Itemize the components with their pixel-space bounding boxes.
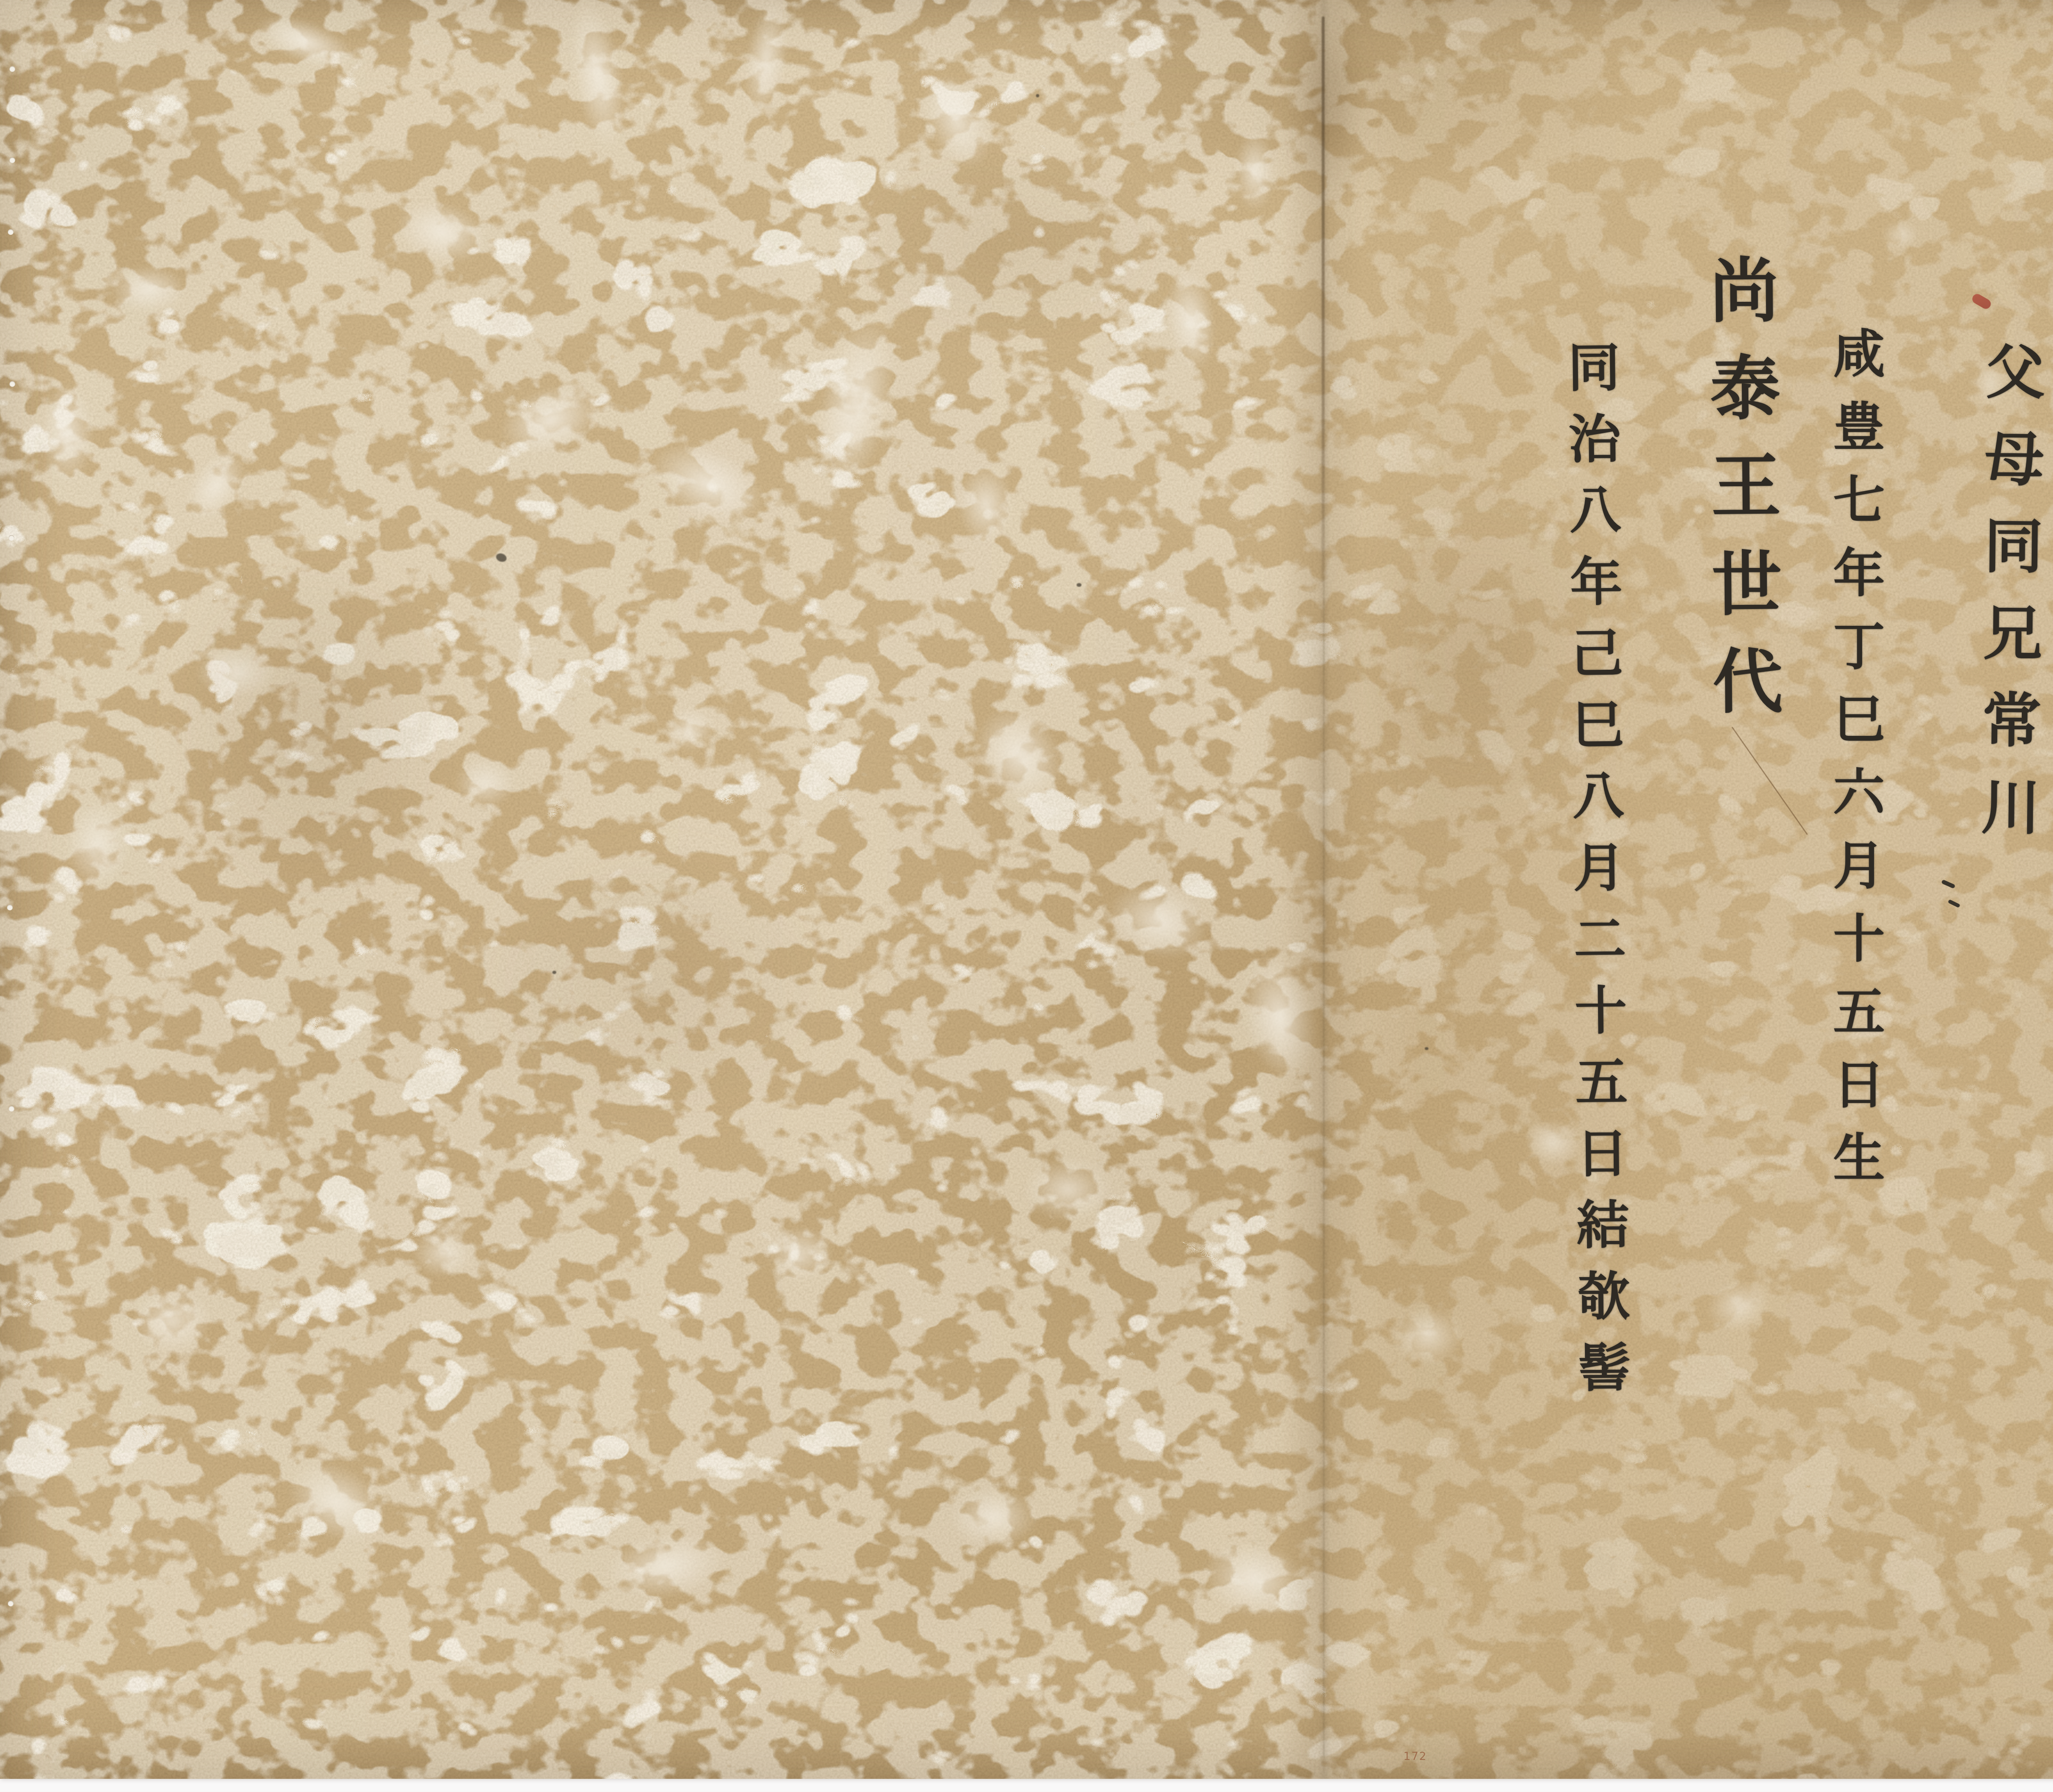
white-stain-blob — [1700, 1271, 1776, 1339]
water-stain-blob — [168, 546, 456, 916]
pinhole — [9, 66, 15, 72]
white-stain-blob — [909, 63, 1005, 179]
ink-speck — [1077, 583, 1082, 587]
ink-speck — [552, 971, 556, 974]
pinhole — [9, 535, 14, 541]
white-stain-blob — [274, 1446, 400, 1559]
white-stain-blob — [1160, 264, 1221, 374]
white-stain-blob — [958, 464, 1013, 545]
paper-fiber — [1732, 727, 1808, 835]
white-stain-blob — [1235, 131, 1275, 212]
ink-bleedthrough-ghost — [2050, 723, 2053, 953]
column-coming-of-age-date: 同治八年己巳八月二十五日結欹髻 — [1552, 340, 1638, 1412]
ink-tick-mark — [1948, 899, 1961, 908]
pinhole — [8, 1601, 14, 1606]
pinhole — [9, 157, 15, 163]
white-stain-blob — [195, 647, 276, 698]
white-stain-blob — [666, 708, 716, 751]
center-fold-crease-lower — [1323, 583, 1325, 1758]
white-stain-blob — [389, 191, 494, 273]
white-stain-blob — [766, 1226, 834, 1281]
white-stain-blob — [1098, 870, 1219, 971]
white-stain-blob — [737, 0, 795, 121]
vermilion-mark — [1970, 292, 1993, 311]
column-king-era: 尚泰王世代 — [1688, 253, 1793, 743]
white-stain-blob — [173, 439, 258, 532]
pinhole — [7, 905, 13, 910]
white-stain-blob — [41, 384, 94, 484]
white-stain-blob — [1881, 221, 1918, 250]
water-stain-blob — [842, 144, 1170, 349]
column-birth-date: 咸豊七年丁巳六月十五日生 — [1818, 326, 1892, 1204]
manuscript-paper: 常良村 保仁也 童名 志之人 父母同兄常川 咸豊七年丁巳六月十五日生 尚泰王世代… — [0, 0, 2053, 1779]
ink-speck — [1425, 1047, 1428, 1050]
ink-speck — [1036, 94, 1039, 97]
white-stain-blob — [491, 372, 611, 468]
white-stain-blob — [560, 0, 635, 155]
white-stain-blob — [1023, 1158, 1112, 1222]
white-stain-blob — [1392, 1306, 1464, 1366]
water-stain-blob — [472, 842, 842, 1129]
white-stain-blob — [131, 1289, 212, 1353]
white-stain-blob — [949, 1487, 1038, 1547]
white-stain-blob — [638, 426, 777, 542]
white-stain-blob — [958, 691, 1080, 821]
ink-tick-mark — [1941, 880, 1955, 889]
white-stain-blob — [2050, 1117, 2053, 1161]
ink-speck — [495, 552, 508, 563]
pinhole — [9, 1106, 14, 1112]
white-stain-blob — [412, 1230, 473, 1277]
white-stain-blob — [250, 5, 361, 78]
column-parents-record: 父母同兄常川 — [1963, 340, 2053, 864]
water-stain-blob — [1991, 144, 2053, 349]
pinhole — [9, 381, 15, 387]
center-fold-crease — [1322, 16, 1325, 583]
white-stain-blob — [455, 758, 515, 809]
white-stain-blob — [66, 800, 130, 887]
white-stain-blob — [803, 310, 909, 497]
pinhole — [8, 229, 14, 235]
white-stain-blob — [601, 1525, 730, 1606]
white-stain-blob — [110, 266, 186, 313]
folio-number: 172 — [1403, 1750, 1427, 1763]
